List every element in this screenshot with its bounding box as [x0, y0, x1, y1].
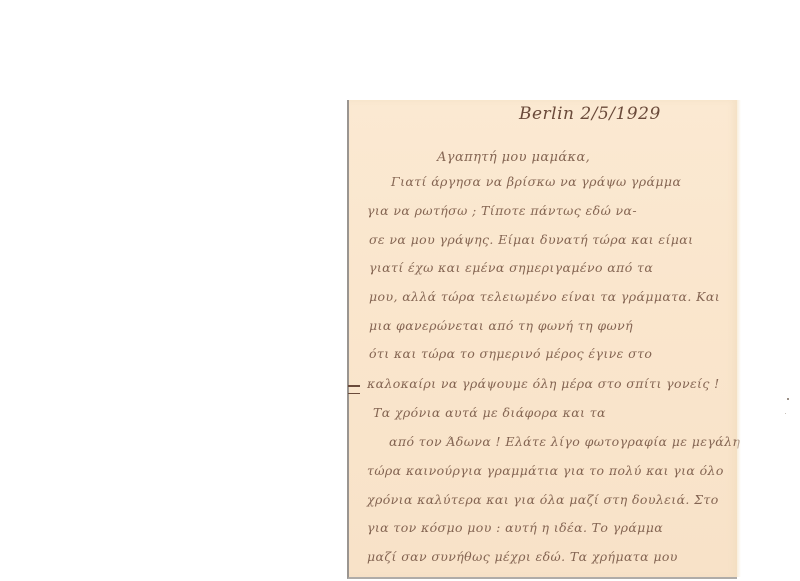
letter-line: καλοκαίρι να γράψουμε όλη μέρα στο σπίτι… — [367, 376, 720, 391]
scan-canvas: Berlin 2/5/1929 Αγαπητή μου μαμάκα, Γιατ… — [0, 0, 800, 581]
letter-line: μου, αλλά τώρα τελειωμένο είναι τα γράμμ… — [369, 289, 720, 304]
letter-page: Berlin 2/5/1929 Αγαπητή μου μαμάκα, Γιατ… — [347, 100, 737, 579]
scan-speck — [787, 398, 789, 400]
letter-line: μαζί σαν συνήθως μέχρι εδώ. Τα χρήματα μ… — [367, 549, 678, 564]
letter-line: μια φανερώνεται από τη φωνή τη φωνή — [369, 318, 633, 333]
letter-greeting: Αγαπητή μου μαμάκα, — [437, 150, 590, 165]
letter-line: από τον Άδωνα ! Ελάτε λίγο φωτογραφία με… — [389, 434, 740, 449]
letter-line: ότι και τώρα το σημερινό μέρος έγινε στο — [369, 346, 652, 361]
crossed-out-mark — [348, 385, 360, 394]
letter-line: Τα χρόνια αυτά με διάφορα και τα — [373, 405, 606, 420]
letter-line: τώρα καινούργια γραμμάτια για το πολύ κα… — [367, 463, 724, 478]
letter-line: χρόνια καλύτερα και για όλα μαζί στη δου… — [367, 492, 719, 507]
letter-line: σε να μου γράψης. Είμαι δυνατή τώρα και … — [369, 232, 693, 247]
letter-date: Berlin 2/5/1929 — [519, 104, 661, 124]
letter-line: για να ρωτήσω ; Τίποτε πάντως εδώ να- — [367, 203, 637, 218]
letter-line: Γιατί άργησα να βρίσκω να γράψω γράμμα — [391, 174, 681, 189]
letter-line: γιατί έχω και εμένα σημεριγαμένο από τα — [369, 260, 653, 275]
scan-speck — [785, 413, 786, 414]
letter-line: για τον κόσμο μου : αυτή η ιδέα. Το γράμ… — [367, 520, 663, 535]
